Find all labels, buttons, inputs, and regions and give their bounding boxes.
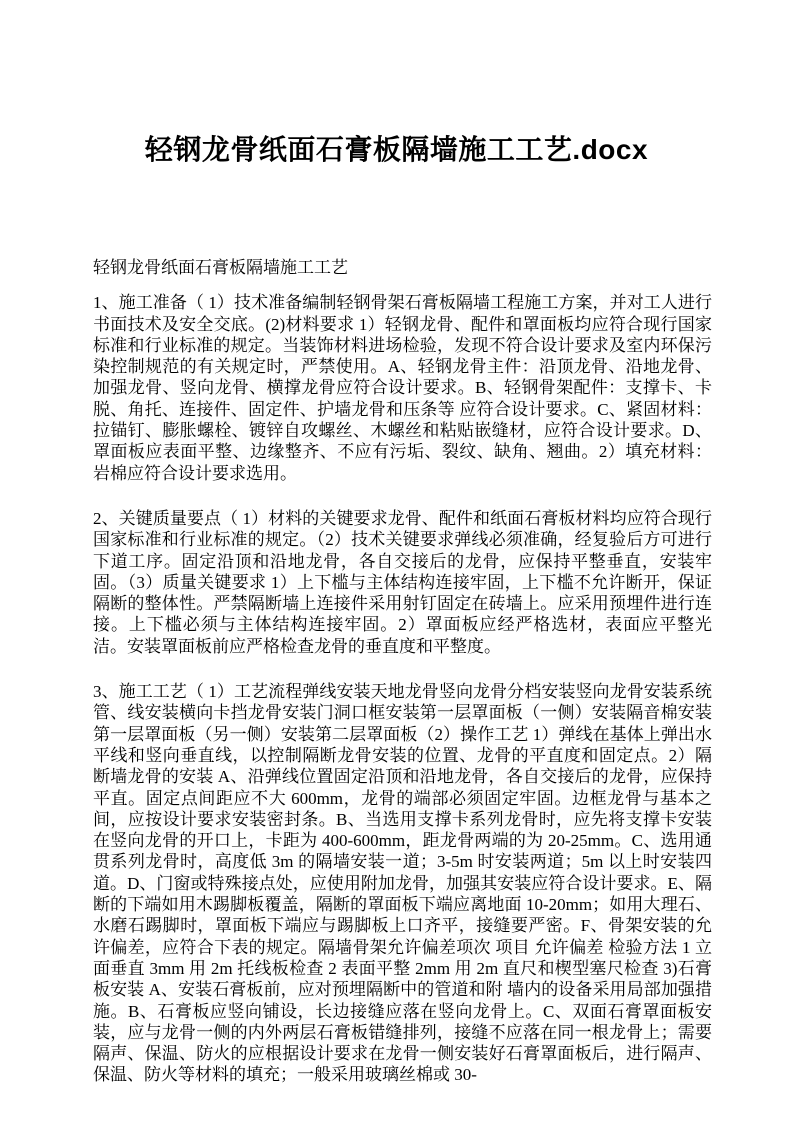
document-page: 轻钢龙骨纸面石膏板隔墙施工工艺.docx 轻钢龙骨纸面石膏板隔墙施工工艺 1、施… — [0, 0, 793, 1122]
document-title: 轻钢龙骨纸面石膏板隔墙施工工艺.docx — [0, 131, 793, 169]
document-subtitle: 轻钢龙骨纸面石膏板隔墙施工工艺 — [93, 257, 712, 278]
paragraph-construction-preparation: 1、施工准备（ 1）技术准备编制轻钢骨架石膏板隔墙工程施工方案，并对工人进行书面… — [93, 292, 712, 484]
document-body: 轻钢龙骨纸面石膏板隔墙施工工艺 1、施工准备（ 1）技术准备编制轻钢骨架石膏板隔… — [93, 257, 712, 1110]
paragraph-key-quality-points: 2、关键质量要点（ 1）材料的关键要求龙骨、配件和纸面石膏板材料均应符合现行国家… — [93, 508, 712, 657]
paragraph-construction-technique: 3、施工工艺（ 1）工艺流程弹线安装天地龙骨竖向龙骨分档安装竖向龙骨安装系统管、… — [93, 681, 712, 1086]
